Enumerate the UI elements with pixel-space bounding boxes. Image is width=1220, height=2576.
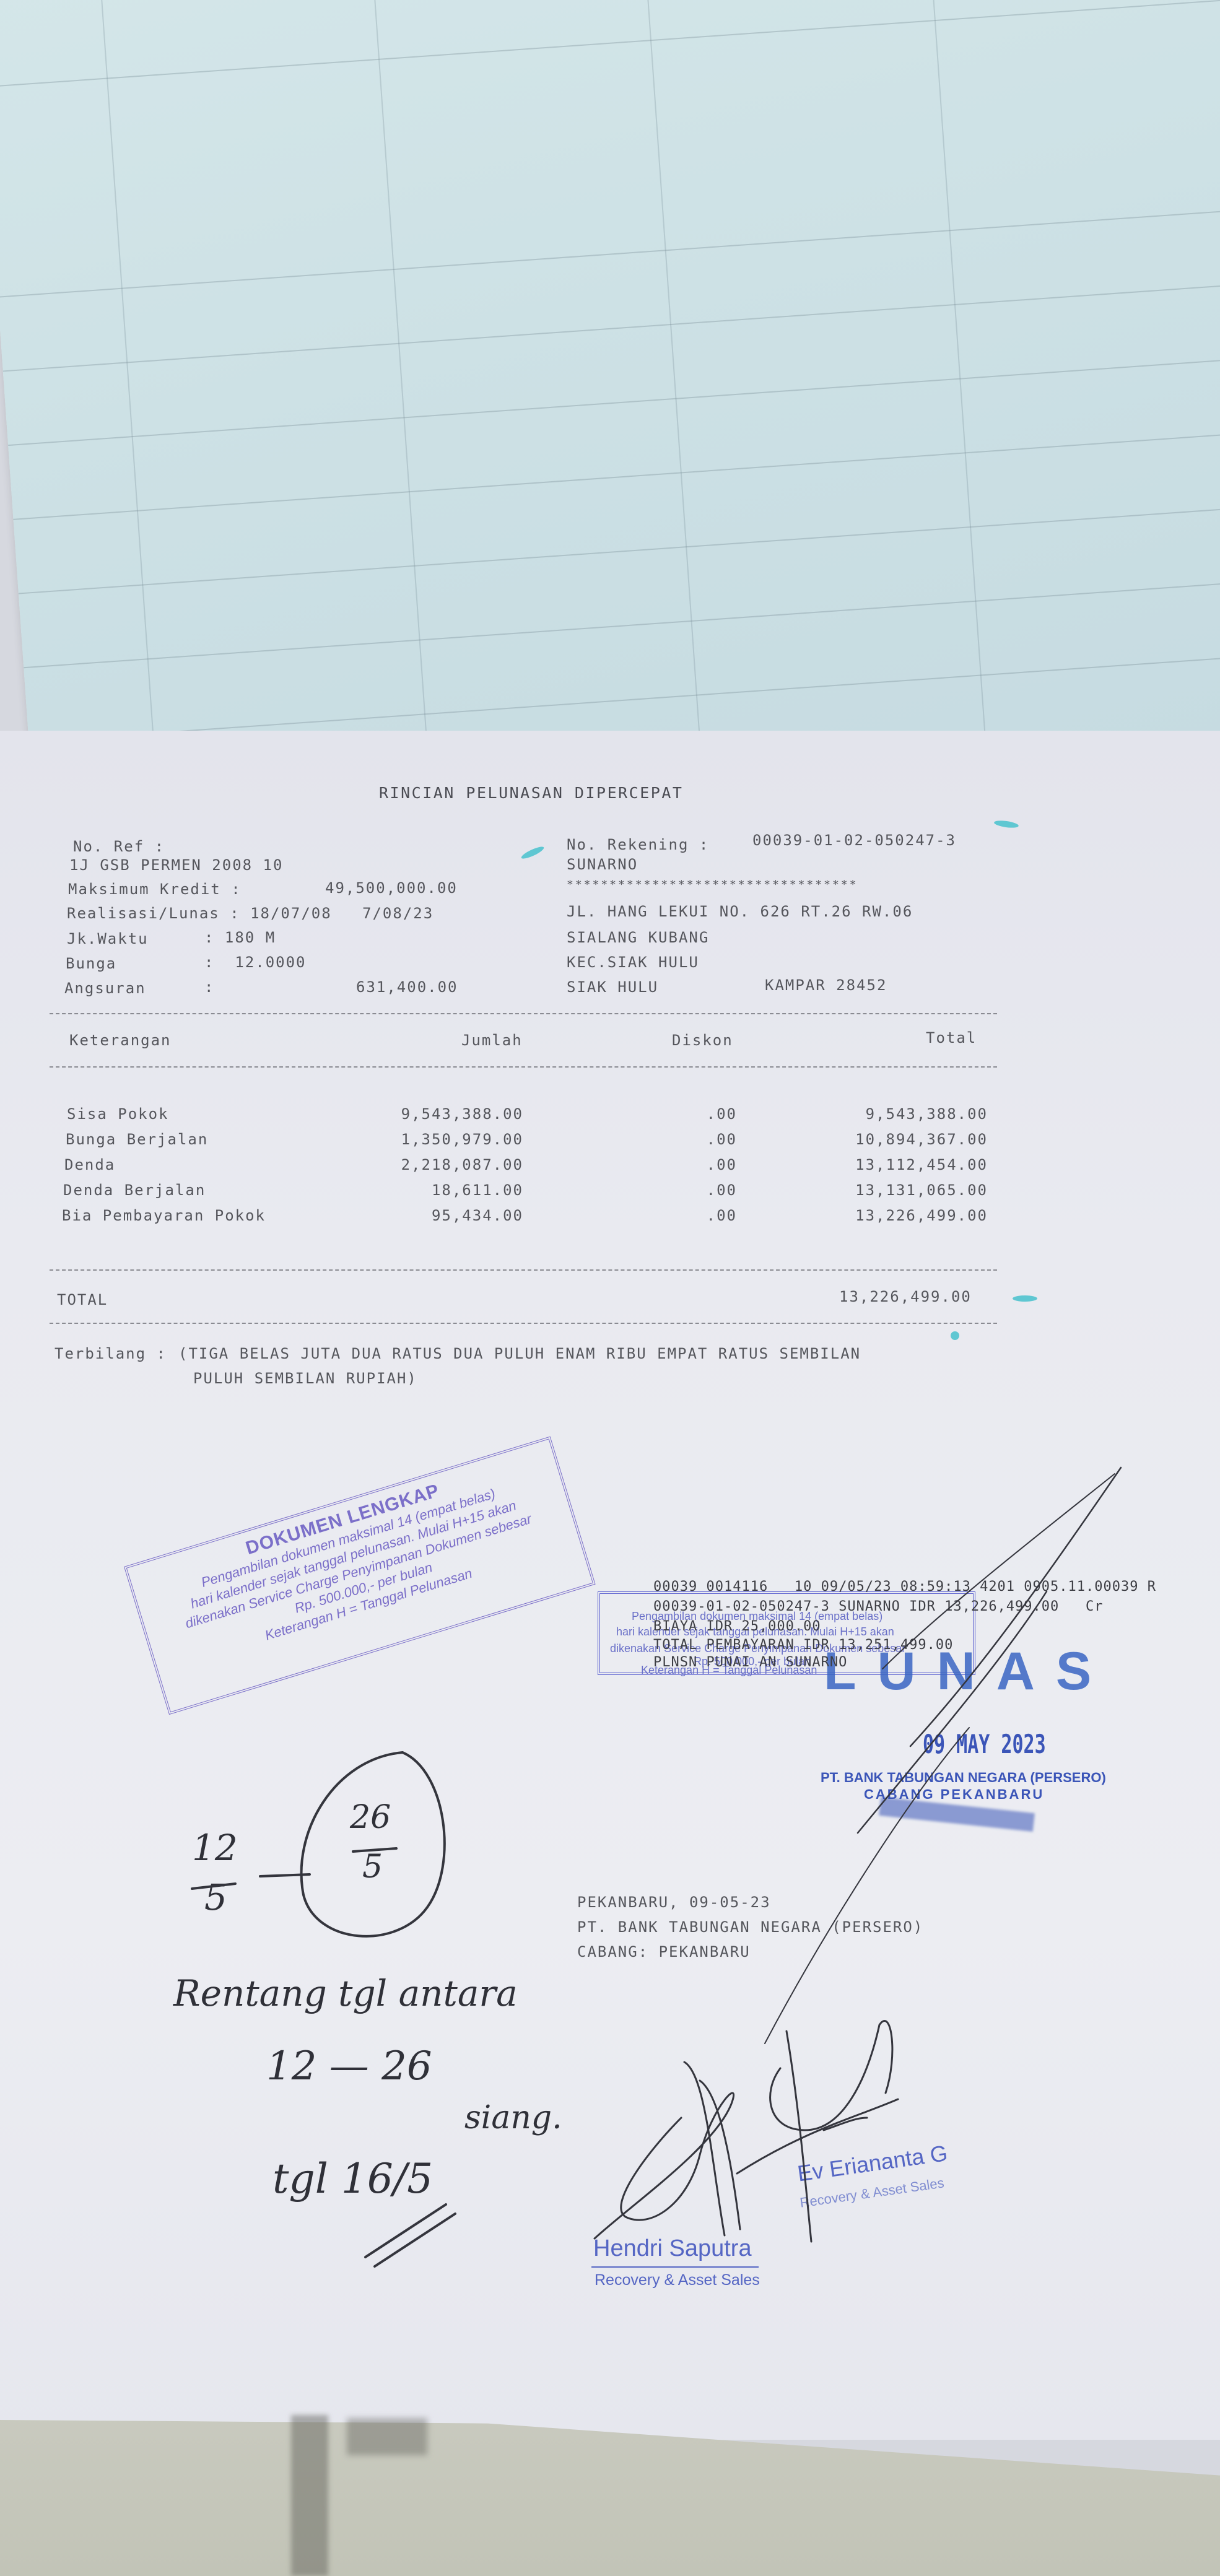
handwritten-note: 12 — 26 bbox=[266, 2043, 432, 2089]
divider bbox=[50, 1269, 997, 1271]
cell-keterangan: Denda bbox=[64, 1156, 115, 1173]
cell-total: 13,112,454.00 bbox=[855, 1156, 988, 1173]
bank-name: PT. BANK TABUNGAN NEGARA (PERSERO) bbox=[577, 1918, 923, 1936]
stain bbox=[347, 2418, 427, 2455]
divider bbox=[50, 1066, 997, 1068]
cell-diskon: .00 bbox=[707, 1105, 737, 1123]
cell-total: 9,543,388.00 bbox=[866, 1105, 988, 1123]
handwritten-fraction-bottom: 5 bbox=[204, 1876, 227, 1918]
max-credit-value: 49,500,000.00 bbox=[325, 879, 458, 897]
handwritten-fraction-top: 12 bbox=[192, 1827, 238, 1869]
place-date: PEKANBARU, 09-05-23 bbox=[577, 1894, 771, 1911]
divider bbox=[50, 1013, 997, 1014]
installment-label: Angsuran bbox=[64, 980, 146, 997]
cell-keterangan: Sisa Pokok bbox=[67, 1105, 169, 1123]
teller-print-line: PLNSN PUNAI AN SUNARNO bbox=[653, 1655, 847, 1670]
interest-label: Bunga bbox=[66, 955, 116, 972]
highlighter-dot bbox=[951, 1331, 959, 1340]
handwritten-fraction-bottom: 5 bbox=[362, 1848, 383, 1886]
highlighter-mark bbox=[1013, 1295, 1037, 1302]
signatory-1-role: Recovery & Asset Sales bbox=[595, 2271, 760, 2289]
terbilang-line-1: (TIGA BELAS JUTA DUA RATUS DUA PULUH ENA… bbox=[178, 1345, 861, 1362]
cell-diskon: .00 bbox=[707, 1156, 737, 1173]
installment-colon: : bbox=[204, 978, 214, 996]
cell-keterangan: Bia Pembayaran Pokok bbox=[62, 1207, 266, 1224]
mask-line: ********************************** bbox=[567, 878, 858, 891]
col-header-keterangan: Keterangan bbox=[69, 1032, 172, 1049]
address-line-2: SIALANG KUBANG bbox=[567, 929, 709, 946]
cell-diskon: .00 bbox=[707, 1181, 737, 1199]
teller-print-line: TOTAL PEMBAYARAN IDR 13,251,499.00 bbox=[653, 1637, 953, 1653]
cell-jumlah: 9,543,388.00 bbox=[401, 1105, 523, 1123]
address-line-3: KEC.SIAK HULU bbox=[567, 954, 699, 971]
total-value: 13,226,499.00 bbox=[839, 1288, 972, 1305]
col-header-total: Total bbox=[926, 1029, 977, 1046]
ref-value: 1J GSB PERMEN 2008 10 bbox=[69, 856, 283, 874]
signatory-1-name: Hendri Saputra bbox=[593, 2235, 752, 2262]
address-line-1: JL. HANG LEKUI NO. 626 RT.26 RW.06 bbox=[567, 903, 913, 920]
col-header-jumlah: Jumlah bbox=[461, 1032, 523, 1049]
document-title: RINCIAN PELUNASAN DIPERCEPAT bbox=[379, 784, 683, 802]
date-stamp: 09 MAY 2023 bbox=[923, 1730, 1046, 1760]
account-number: 00039-01-02-050247-3 bbox=[752, 832, 956, 849]
address-city: KAMPAR 28452 bbox=[765, 977, 887, 994]
cell-jumlah: 2,218,087.00 bbox=[401, 1156, 523, 1173]
realization-dates: Realisasi/Lunas : 18/07/08 7/08/23 bbox=[67, 905, 434, 922]
signature-line bbox=[591, 2266, 759, 2268]
teller-print-line: 00039-01-02-050247-3 SUNARNO IDR 13,226,… bbox=[653, 1599, 1104, 1614]
handwritten-fraction-top: 26 bbox=[350, 1799, 391, 1836]
divider bbox=[50, 1323, 997, 1324]
terbilang-line-2: PULUH SEMBILAN RUPIAH) bbox=[193, 1370, 417, 1387]
term-value: : 180 M bbox=[204, 929, 276, 946]
teller-print-line: BIAYA IDR 25,000.00 bbox=[653, 1619, 821, 1634]
blue-carbon-copy-sheet bbox=[0, 0, 1220, 816]
cell-keterangan: Denda Berjalan bbox=[63, 1181, 206, 1199]
handwritten-note: siang. bbox=[464, 2099, 562, 2136]
branch-name: CABANG: PEKANBARU bbox=[577, 1943, 751, 1960]
terbilang-label: Terbilang : bbox=[54, 1345, 167, 1362]
col-header-diskon: Diskon bbox=[672, 1032, 733, 1049]
handwritten-note: tgl 16/5 bbox=[272, 2155, 433, 2203]
term-label: Jk.Waktu bbox=[67, 930, 149, 947]
handwritten-note: Rentang tgl antara bbox=[173, 1972, 518, 2014]
installment-value: 631,400.00 bbox=[356, 978, 458, 996]
bank-stamp-line-1: PT. BANK TABUNGAN NEGARA (PERSERO) bbox=[821, 1770, 1106, 1786]
interest-value: : 12.0000 bbox=[204, 954, 307, 971]
total-label: TOTAL bbox=[57, 1291, 108, 1308]
cell-diskon: .00 bbox=[707, 1131, 737, 1148]
stain bbox=[291, 2415, 328, 2576]
cell-keterangan: Bunga Berjalan bbox=[66, 1131, 208, 1148]
cell-jumlah: 1,350,979.00 bbox=[401, 1131, 523, 1148]
teller-print-line: 00039 0014116 10 09/05/23 08:59:13 4201 … bbox=[653, 1579, 1156, 1595]
max-credit-label: Maksimum Kredit : bbox=[68, 881, 242, 898]
cell-total: 13,131,065.00 bbox=[855, 1181, 988, 1199]
ref-label: No. Ref : bbox=[73, 838, 165, 855]
cell-jumlah: 18,611.00 bbox=[432, 1181, 523, 1199]
cell-total: 13,226,499.00 bbox=[855, 1207, 988, 1224]
cell-total: 10,894,367.00 bbox=[855, 1131, 988, 1148]
account-label: No. Rekening : bbox=[567, 836, 709, 853]
cell-jumlah: 95,434.00 bbox=[432, 1207, 523, 1224]
address-line-4: SIAK HULU bbox=[567, 978, 658, 996]
account-name: SUNARNO bbox=[567, 856, 638, 873]
cell-diskon: .00 bbox=[707, 1207, 737, 1224]
